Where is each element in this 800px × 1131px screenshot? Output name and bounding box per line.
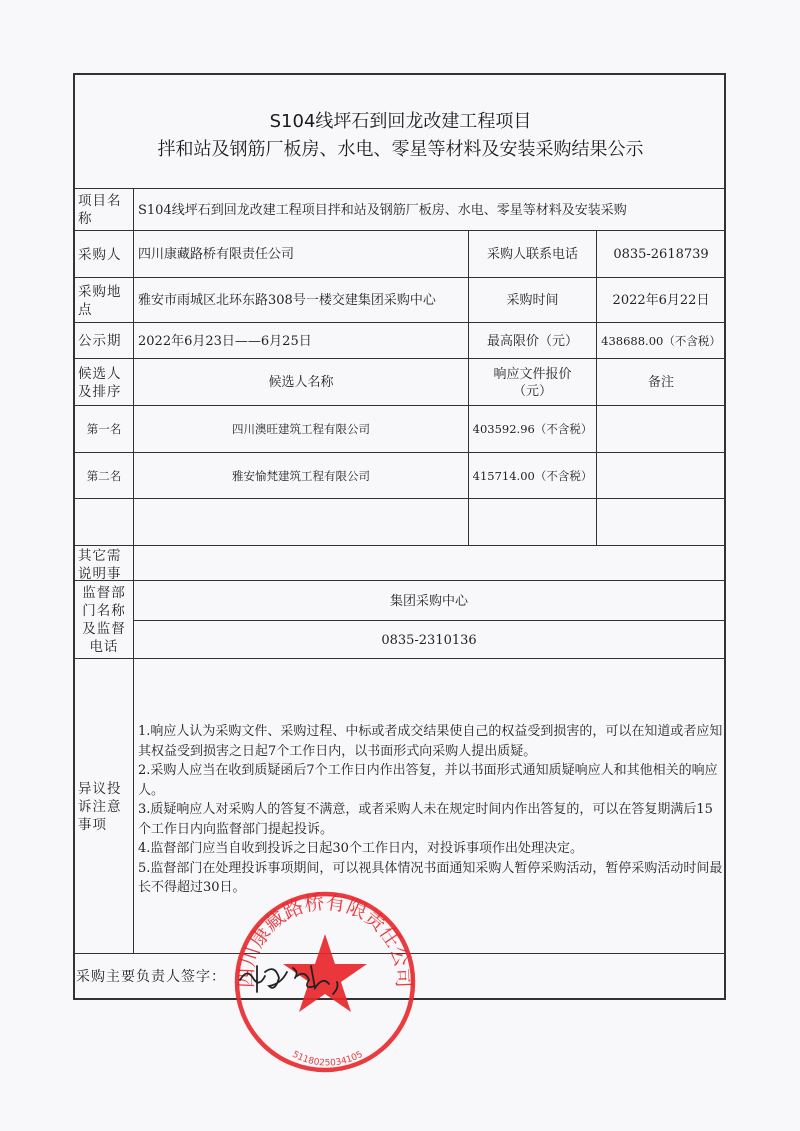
handwritten-signature-icon xyxy=(235,958,355,998)
price-header-line-1: 响应文件报价 xyxy=(493,366,571,383)
candidate-rank xyxy=(75,500,133,545)
purchaser-label: 采购人 xyxy=(75,232,133,277)
objection-item: 2.采购人应当在收到质疑函后7个工作日内作出答复，并以书面形式通知质疑响应人和其… xyxy=(138,761,723,800)
objection-item: 4.监督部门应当自收到投诉之日起30个工作日内，对投诉事项作出处理决定。 xyxy=(138,839,723,859)
title-line-2: 拌和站及钢筋厂板房、水电、零星等材料及安装采购结果公示 xyxy=(75,136,726,164)
purchaser-value: 四川康藏路桥有限责任公司 xyxy=(134,232,468,277)
document-title: S104线坪石到回龙改建工程项目 拌和站及钢筋厂板房、水电、零星等材料及安装采购… xyxy=(75,108,726,164)
candidate-name xyxy=(134,500,468,545)
supervision-dept: 集团采购中心 xyxy=(134,582,724,620)
price-header-line-2: （元） xyxy=(513,383,552,400)
objection-notes: 1.响应人认为采购文件、采购过程、中标或者成交结果使自己的权益受到损害的，可以在… xyxy=(138,722,723,898)
purchaser-phone-label: 采购人联系电话 xyxy=(469,232,596,277)
candidate-price xyxy=(469,500,596,545)
purchase-time-label: 采购时间 xyxy=(469,279,596,322)
objection-label: 异议投诉注意事项 xyxy=(75,780,133,850)
objection-item: 1.响应人认为采购文件、采购过程、中标或者成交结果使自己的权益受到损害的，可以在… xyxy=(138,722,723,761)
purchase-time-value: 2022年6月22日 xyxy=(597,279,725,322)
publicity-label: 公示期 xyxy=(75,324,133,358)
row-divider xyxy=(73,498,726,499)
candidate-note xyxy=(597,454,725,498)
supervision-phone: 0835-2310136 xyxy=(134,622,724,658)
row-divider xyxy=(73,452,726,453)
row-divider xyxy=(73,188,726,189)
candidate-note-header: 备注 xyxy=(597,360,725,405)
candidate-note xyxy=(597,407,725,452)
candidate-rank: 第二名 xyxy=(75,454,133,498)
row-divider xyxy=(133,620,726,621)
max-price-label: 最高限价（元） xyxy=(469,324,596,358)
candidate-price: 415714.00（不含税） xyxy=(469,454,596,498)
project-name-label: 项目名称 xyxy=(75,190,133,230)
row-divider xyxy=(73,580,726,581)
candidate-rank-header: 候选人及排序 xyxy=(75,360,133,405)
candidate-note xyxy=(597,500,725,545)
row-divider xyxy=(73,545,726,546)
candidate-price: 403592.96（不含税） xyxy=(469,407,596,452)
candidate-name: 四川澳旺建筑工程有限公司 xyxy=(134,407,468,452)
candidate-rank: 第一名 xyxy=(75,407,133,452)
candidate-price-header: 响应文件报价 （元） xyxy=(469,360,596,405)
max-price-value: 438688.00（不含税） xyxy=(597,324,725,358)
location-label: 采购地点 xyxy=(75,279,133,322)
candidate-name: 雅安愉梵建筑工程有限公司 xyxy=(134,454,468,498)
candidate-name-header: 候选人名称 xyxy=(134,360,468,405)
row-divider xyxy=(73,358,726,359)
project-name-value: S104线坪石到回龙改建工程项目拌和站及钢筋厂板房、水电、零星等材料及安装采购 xyxy=(134,190,724,230)
title-line-1: S104线坪石到回龙改建工程项目 xyxy=(75,108,726,136)
supervision-label: 监督部门名称及监督电话 xyxy=(75,584,133,656)
publicity-value: 2022年6月23日——6月25日 xyxy=(134,324,468,358)
other-label: 其它需说明事 xyxy=(75,547,133,580)
signature-label: 采购主要负责人签字： xyxy=(76,966,226,986)
row-divider xyxy=(73,658,726,659)
row-divider xyxy=(73,322,726,323)
row-divider xyxy=(73,230,726,231)
location-value: 雅安市雨城区北环东路308号一楼交建集团采购中心 xyxy=(134,279,468,322)
row-divider xyxy=(73,405,726,406)
row-divider xyxy=(73,277,726,278)
document-page: S104线坪石到回龙改建工程项目 拌和站及钢筋厂板房、水电、零星等材料及安装采购… xyxy=(0,0,800,1131)
objection-item: 3.质疑响应人对采购人的答复不满意，或者采购人未在规定时间内作出答复的，可以在答… xyxy=(138,800,723,839)
other-value xyxy=(134,547,724,580)
purchaser-phone-value: 0835-2618739 xyxy=(597,232,725,277)
